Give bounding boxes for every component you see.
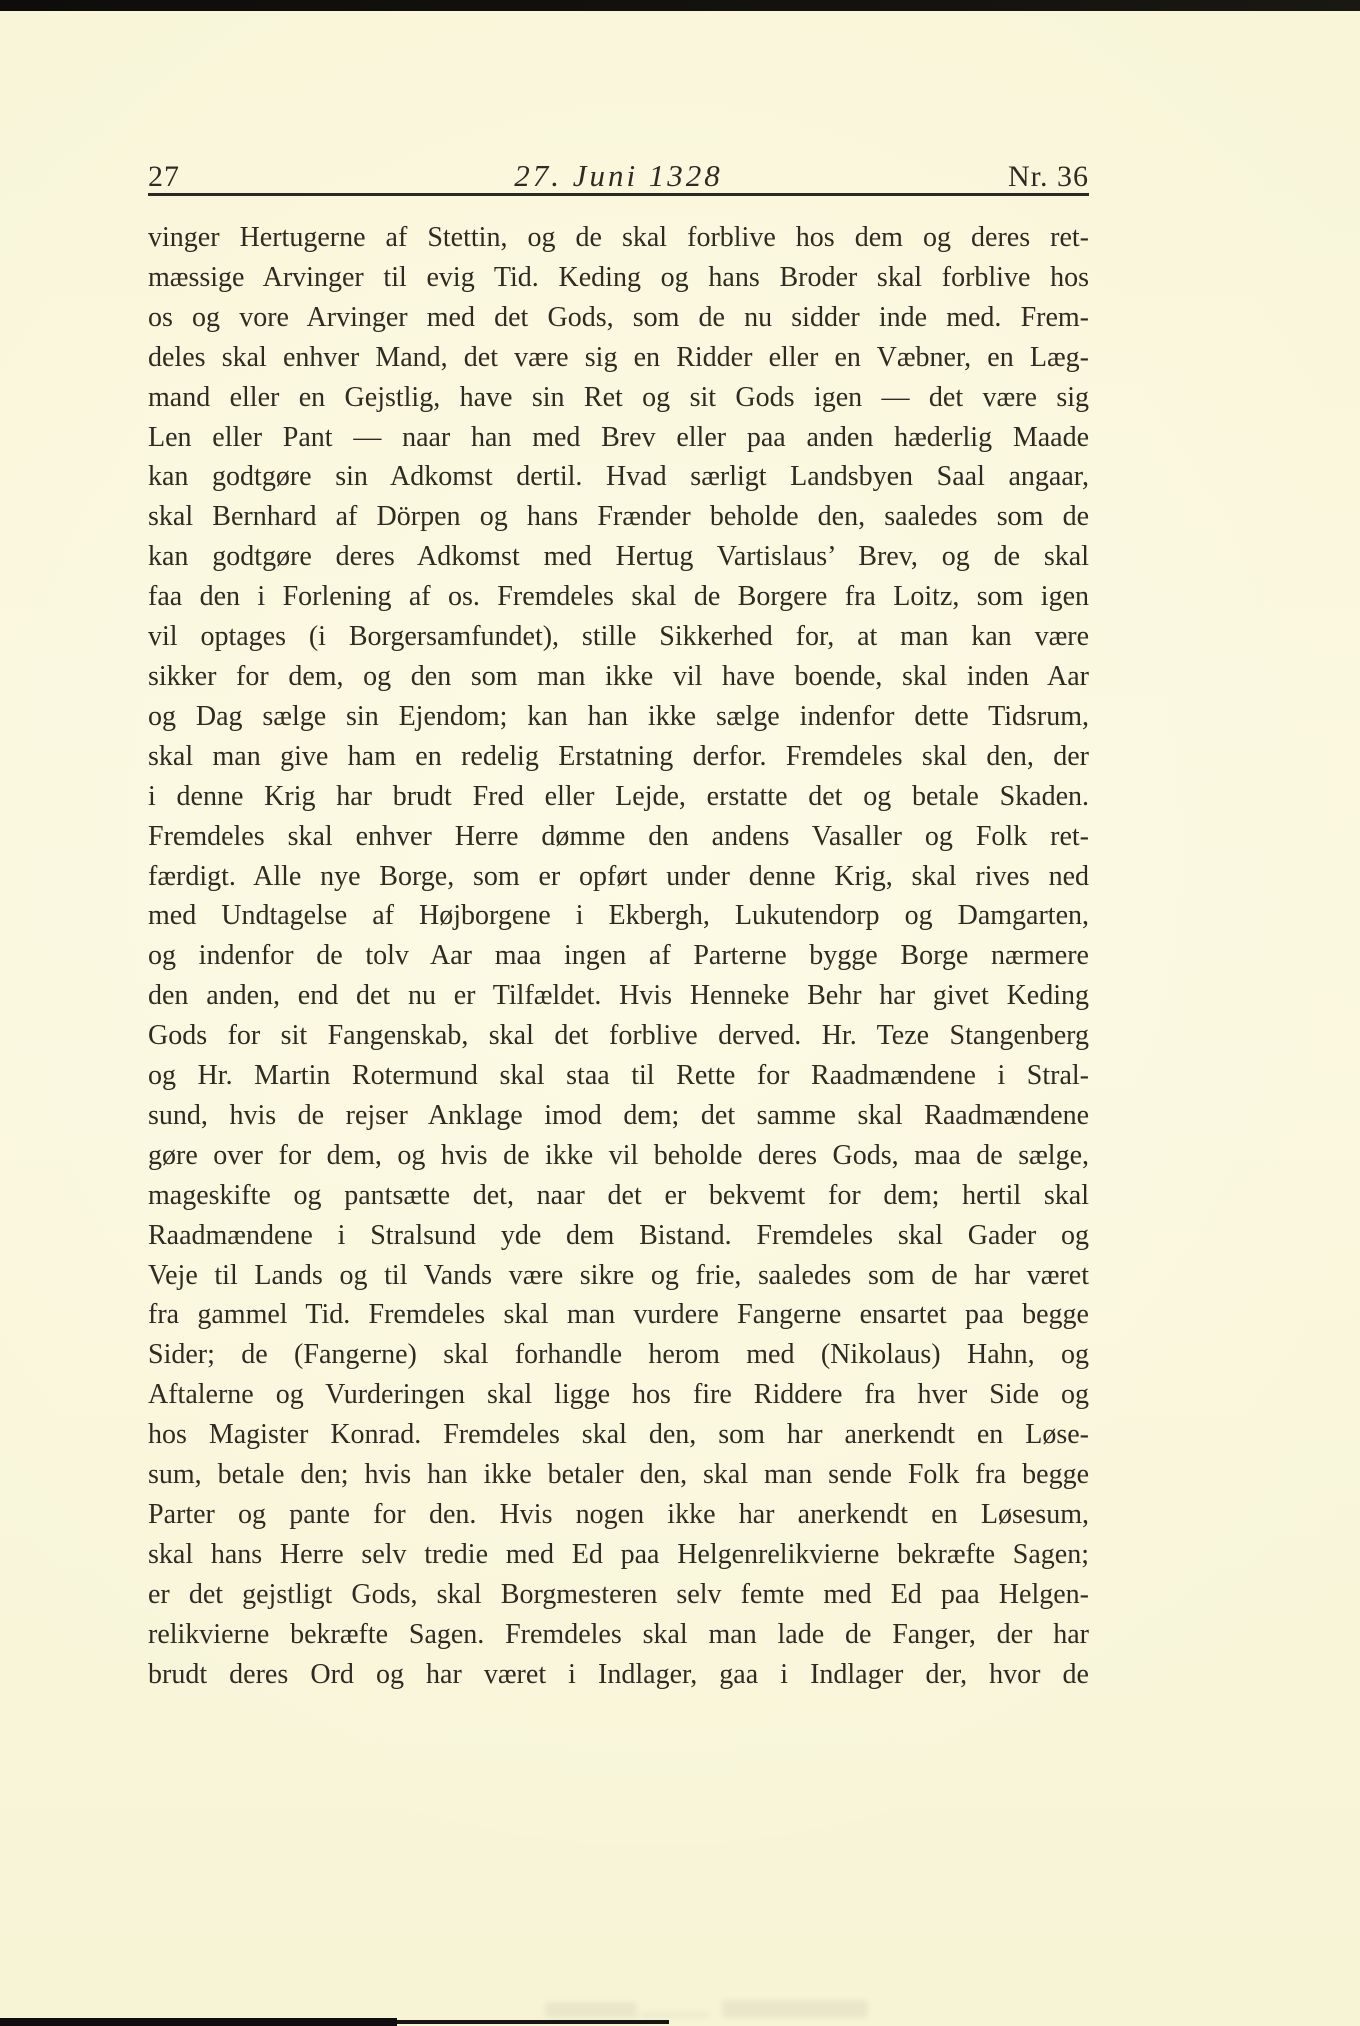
text-line: mand eller en Gejstlig, have sin Ret og … xyxy=(148,378,1089,418)
document-number: Nr. 36 xyxy=(1008,160,1089,194)
text-line: kan godtgøre deres Adkomst med Hertug Va… xyxy=(148,537,1089,577)
text-line: relikvierne bekræfte Sagen. Fremdeles sk… xyxy=(148,1615,1089,1655)
scan-edge-bar-bottom xyxy=(0,2018,397,2026)
scan-smudge xyxy=(722,2000,868,2018)
text-line: skal Bernhard af Dörpen og hans Frænder … xyxy=(148,497,1089,537)
text-line: Gods for sit Fangenskab, skal det forbli… xyxy=(148,1016,1089,1056)
text-line: fra gammel Tid. Fremdeles skal man vurde… xyxy=(148,1295,1089,1335)
text-line: brudt deres Ord og har været i Indlager,… xyxy=(148,1655,1089,1695)
text-line: sund, hvis de rejser Anklage imod dem; d… xyxy=(148,1096,1089,1136)
scan-edge-bar-top xyxy=(0,0,1360,11)
text-line: færdigt. Alle nye Borge, som er opført u… xyxy=(148,857,1089,897)
text-line: os og vore Arvinger med det Gods, som de… xyxy=(148,298,1089,338)
header-rule xyxy=(148,193,1089,196)
text-line: deles skal enhver Mand, det være sig en … xyxy=(148,338,1089,378)
text-line: faa den i Forlening af os. Fremdeles ska… xyxy=(148,577,1089,617)
text-line: gøre over for dem, og hvis de ikke vil b… xyxy=(148,1136,1089,1176)
text-line: hos Magister Konrad. Fremdeles skal den,… xyxy=(148,1415,1089,1455)
text-line: Raadmændene i Stralsund yde dem Bistand.… xyxy=(148,1216,1089,1256)
text-line: Len eller Pant — naar han med Brev eller… xyxy=(148,418,1089,458)
text-line: Parter og pante for den. Hvis nogen ikke… xyxy=(148,1495,1089,1535)
text-line: er det gejstligt Gods, skal Borgmesteren… xyxy=(148,1575,1089,1615)
page-header: 27 27. Juni 1328 Nr. 36 xyxy=(148,152,1089,196)
body-text: vinger Hertugerne af Stettin, og de skal… xyxy=(148,218,1089,1695)
text-line: Sider; de (Fangerne) skal forhandle hero… xyxy=(148,1335,1089,1375)
text-line: Veje til Lands og til Vands være sikre o… xyxy=(148,1256,1089,1296)
text-line: mageskifte og pantsætte det, naar det er… xyxy=(148,1176,1089,1216)
text-line: Fremdeles skal enhver Herre dømme den an… xyxy=(148,817,1089,857)
text-line: sikker for dem, og den som man ikke vil … xyxy=(148,657,1089,697)
scan-edge-bar-bottom-thin xyxy=(397,2020,669,2024)
text-line: og Hr. Martin Rotermund skal staa til Re… xyxy=(148,1056,1089,1096)
text-line: i denne Krig har brudt Fred eller Lejde,… xyxy=(148,777,1089,817)
scan-smudge xyxy=(640,2012,710,2018)
text-line: sum, betale den; hvis han ikke betaler d… xyxy=(148,1455,1089,1495)
text-line: skal man give ham en redelig Erstatning … xyxy=(148,737,1089,777)
text-line: og indenfor de tolv Aar maa ingen af Par… xyxy=(148,936,1089,976)
text-line: kan godtgøre sin Adkomst dertil. Hvad sæ… xyxy=(148,457,1089,497)
text-line: mæssige Arvinger til evig Tid. Keding og… xyxy=(148,258,1089,298)
text-line: vil optages (i Borgersamfundet), stille … xyxy=(148,617,1089,657)
text-line: vinger Hertugerne af Stettin, og de skal… xyxy=(148,218,1089,258)
scan-smudge xyxy=(545,2002,637,2018)
date-heading: 27. Juni 1328 xyxy=(148,158,1089,194)
text-line: Aftalerne og Vurderingen skal ligge hos … xyxy=(148,1375,1089,1415)
text-line: den anden, end det nu er Tilfældet. Hvis… xyxy=(148,976,1089,1016)
text-line: og Dag sælge sin Ejendom; kan han ikke s… xyxy=(148,697,1089,737)
scanned-book-page: 27 27. Juni 1328 Nr. 36 vinger Hertugern… xyxy=(0,0,1360,2026)
text-line: skal hans Herre selv tredie med Ed paa H… xyxy=(148,1535,1089,1575)
text-line: med Undtagelse af Højborgene i Ekbergh, … xyxy=(148,896,1089,936)
